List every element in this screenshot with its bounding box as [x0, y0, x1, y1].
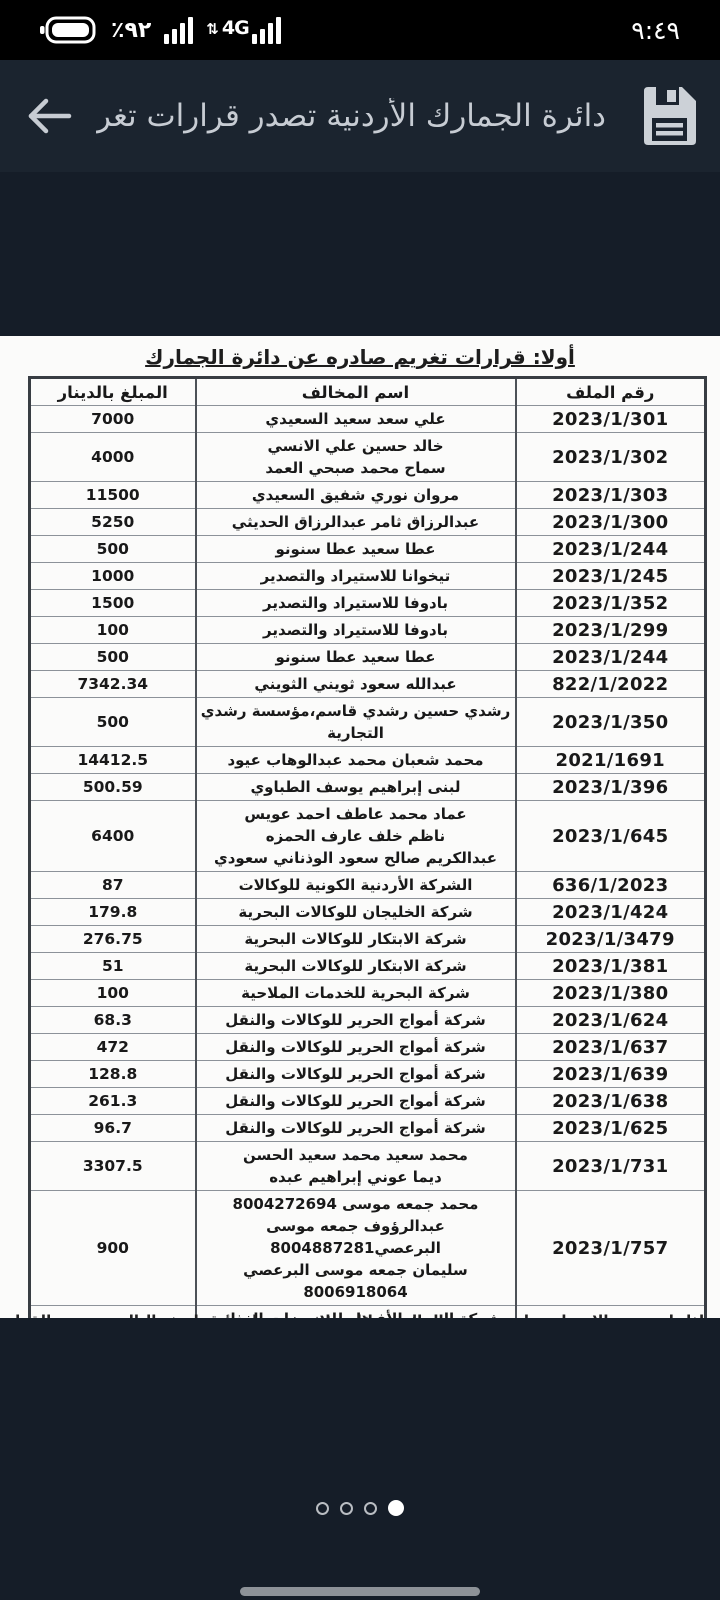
- page-indicator: [0, 1500, 720, 1516]
- table-row: 2021/1691 محمد شعبان محمد عبدالوهاب عيود…: [30, 747, 706, 774]
- violator-name-cell: عطا سعيد عطا سنونو: [196, 644, 516, 671]
- amount-cell: 6400: [30, 801, 196, 872]
- violator-name-cell: عماد محمد عاطف احمد عويسناظم خلف عارف ال…: [196, 801, 516, 872]
- violator-name-line: لبنى إبراهيم يوسف الطباوي: [201, 776, 511, 798]
- floppy-disk-icon: [640, 85, 700, 147]
- signal-bars-icon: [252, 16, 281, 44]
- violator-name-cell: رشدي حسين رشدي قاسم،مؤسسة رشديالتجارية: [196, 698, 516, 747]
- violator-name-line: تيخوانا للاستيراد والتصدير: [201, 565, 511, 587]
- table-row: 2023/1/301 علي سعد سعيد السعيدي 7000: [30, 406, 706, 433]
- violator-name-cell: لبنى إبراهيم يوسف الطباوي: [196, 774, 516, 801]
- violator-name-cell: شركة البحرية للخدمات الملاحية: [196, 980, 516, 1007]
- back-arrow-icon: [22, 95, 74, 137]
- violator-name-cell: شركة أمواج الحرير للوكالات والنقل: [196, 1061, 516, 1088]
- amount-cell: 96.7: [30, 1115, 196, 1142]
- violator-name-line: شركة الخليجان للوكالات البحرية: [201, 901, 511, 923]
- file-number-cell: 2021/1691: [516, 747, 706, 774]
- violator-name-line: رشدي حسين رشدي قاسم،مؤسسة رشدي: [201, 700, 511, 722]
- network-type-label: 4G: [222, 17, 249, 39]
- table-header-row: رقم الملف اسم المخالف المبلغ بالدينار: [30, 378, 706, 406]
- table-row: 2023/1/637 شركة أمواج الحرير للوكالات وا…: [30, 1034, 706, 1061]
- amount-cell: 472: [30, 1034, 196, 1061]
- violator-name-line: سليمان جمعه موسى البرعصي: [201, 1259, 511, 1281]
- file-number-cell: 2023/1/639: [516, 1061, 706, 1088]
- violator-name-line: عبدالرؤوف جمعه موسى: [201, 1215, 511, 1237]
- table-row: 636/1/2023 الشركة الأردنية الكونية للوكا…: [30, 872, 706, 899]
- column-header-name: اسم المخالف: [196, 378, 516, 406]
- violator-name-line: علي سعد سعيد السعيدي: [201, 408, 511, 430]
- table-row: 2023/1/757 محمد جمعه موسى 8004272694عبدا…: [30, 1191, 706, 1306]
- file-number-cell: 2023/1/731: [516, 1142, 706, 1191]
- violator-name-line: عماد محمد عاطف احمد عويس: [201, 803, 511, 825]
- violator-name-cell: محمد جمعه موسى 8004272694عبدالرؤوف جمعه …: [196, 1191, 516, 1306]
- file-number-cell: 2023/1/645: [516, 801, 706, 872]
- violator-name-line: محمد سعيد محمد سعيد الحسن: [201, 1144, 511, 1166]
- page-title: دائرة الجمارك الأردنية تصدر قرارات تغريم…: [96, 98, 620, 134]
- table-row: 2023/1/645 عماد محمد عاطف احمد عويسناظم …: [30, 801, 706, 872]
- violator-name-line: محمد جمعه موسى 8004272694: [201, 1193, 511, 1215]
- table-row: 2023/1/424 شركة الخليجان للوكالات البحري…: [30, 899, 706, 926]
- amount-cell: 3307.5: [30, 1142, 196, 1191]
- table-row: 2023/1/624 شركة أمواج الحرير للوكالات وا…: [30, 1007, 706, 1034]
- table-row: 2023/1/300 عبدالرزاق ثامر عبدالرزاق الحد…: [30, 509, 706, 536]
- battery-icon: [40, 15, 98, 45]
- table-row: 822/1/2022 عبدالله سعود ثويني الثويني 73…: [30, 671, 706, 698]
- violator-name-cell: تيخوانا للاستيراد والتصدير: [196, 563, 516, 590]
- file-number-cell: 2023/1/244: [516, 644, 706, 671]
- signal-bars-icon: [164, 16, 193, 44]
- violator-name-cell: شركة أمواج الحرير للوكالات والنقل: [196, 1007, 516, 1034]
- violator-name-line: مروان نوري شفيق السعيدي: [201, 484, 511, 506]
- table-row: 2023/1/245 تيخوانا للاستيراد والتصدير 10…: [30, 563, 706, 590]
- page-dot-active[interactable]: [388, 1500, 404, 1516]
- document-footer-partial-text: وإذا لم يتم الاعتراض لدى وزير المالية خل…: [4, 1312, 716, 1318]
- file-number-cell: 636/1/2023: [516, 872, 706, 899]
- table-row: 2023/1/625 شركة أمواج الحرير للوكالات وا…: [30, 1115, 706, 1142]
- page-dot[interactable]: [316, 1502, 329, 1515]
- amount-cell: 5250: [30, 509, 196, 536]
- violator-name-cell: عبدالرزاق ثامر عبدالرزاق الحديثي: [196, 509, 516, 536]
- table-row: 2023/1/396 لبنى إبراهيم يوسف الطباوي 500…: [30, 774, 706, 801]
- violator-name-line: شركة الابتكار للوكالات البحرية: [201, 928, 511, 950]
- violator-name-line: البرعصي8004887281: [201, 1237, 511, 1259]
- amount-cell: 179.8: [30, 899, 196, 926]
- amount-cell: 500: [30, 698, 196, 747]
- violator-name-line: ناظم خلف عارف الحمزه: [201, 825, 511, 847]
- violator-name-cell: محمد سعيد محمد سعيد الحسنديما عوني إبراه…: [196, 1142, 516, 1191]
- table-row: 2023/1/350 رشدي حسين رشدي قاسم،مؤسسة رشد…: [30, 698, 706, 747]
- violator-name-line: عبدالله سعود ثويني الثويني: [201, 673, 511, 695]
- network-indicator: ⇅ 4G: [206, 16, 280, 44]
- status-left-cluster: ٪٩٢ ⇅ 4G: [40, 15, 281, 45]
- amount-cell: 14412.5: [30, 747, 196, 774]
- table-row: 2023/1/244 عطا سعيد عطا سنونو 500: [30, 536, 706, 563]
- file-number-cell: 2023/1/424: [516, 899, 706, 926]
- violator-name-cell: عطا سعيد عطا سنونو: [196, 536, 516, 563]
- amount-cell: 4000: [30, 433, 196, 482]
- amount-cell: 51: [30, 953, 196, 980]
- amount-cell: 500: [30, 536, 196, 563]
- table-row: 2023/1/299 بادوفا للاستيراد والتصدير 100: [30, 617, 706, 644]
- violator-name-line: عبدالرزاق ثامر عبدالرزاق الحديثي: [201, 511, 511, 533]
- amount-cell: 276.75: [30, 926, 196, 953]
- file-number-cell: 2023/1/302: [516, 433, 706, 482]
- file-number-cell: 2023/1/299: [516, 617, 706, 644]
- table-row: 2023/1/303 مروان نوري شفيق السعيدي 11500: [30, 482, 706, 509]
- violator-name-line: عطا سعيد عطا سنونو: [201, 538, 511, 560]
- clock: ٩:٤٩: [631, 16, 680, 45]
- violator-name-line: محمد شعبان محمد عبدالوهاب عيود: [201, 749, 511, 771]
- file-number-cell: 2023/1/625: [516, 1115, 706, 1142]
- home-indicator-bar[interactable]: [240, 1587, 480, 1596]
- table-row: 2023/1/302 خالد حسين علي الانسيسماح محمد…: [30, 433, 706, 482]
- table-row: 2023/1/639 شركة أمواج الحرير للوكالات وا…: [30, 1061, 706, 1088]
- file-number-cell: 2023/1/352: [516, 590, 706, 617]
- amount-cell: 1500: [30, 590, 196, 617]
- amount-cell: 87: [30, 872, 196, 899]
- file-number-cell: 2023/1/638: [516, 1088, 706, 1115]
- table-row: 2023/1/381 شركة الابتكار للوكالات البحري…: [30, 953, 706, 980]
- updown-arrows-icon: ⇅: [206, 22, 219, 37]
- violator-name-line: شركة أمواج الحرير للوكالات والنقل: [201, 1036, 511, 1058]
- violator-name-cell: شركة الخليجان للوكالات البحرية: [196, 899, 516, 926]
- save-button[interactable]: [620, 85, 720, 147]
- table-row: 2023/1/380 شركة البحرية للخدمات الملاحية…: [30, 980, 706, 1007]
- violator-name-line: شركة أمواج الحرير للوكالات والنقل: [201, 1090, 511, 1112]
- amount-cell: 7000: [30, 406, 196, 433]
- violator-name-cell: علي سعد سعيد السعيدي: [196, 406, 516, 433]
- violator-name-line: شركة الابتكار للوكالات البحرية: [201, 955, 511, 977]
- violator-name-cell: بادوفا للاستيراد والتصدير: [196, 590, 516, 617]
- violator-name-line: عبدالكريم صالح سعود الوذناني سعودي: [201, 847, 511, 869]
- app-header: دائرة الجمارك الأردنية تصدر قرارات تغريم…: [0, 60, 720, 172]
- file-number-cell: 2023/1/757: [516, 1191, 706, 1306]
- file-number-cell: 2023/1/3479: [516, 926, 706, 953]
- amount-cell: 7342.34: [30, 671, 196, 698]
- file-number-cell: 2023/1/637: [516, 1034, 706, 1061]
- document-title: أولا: قرارات تغريم صادره عن دائرة الجمار…: [0, 345, 720, 369]
- violator-name-line: التجارية: [201, 722, 511, 744]
- file-number-cell: 2023/1/303: [516, 482, 706, 509]
- violator-name-line: 8006918064: [201, 1281, 511, 1303]
- table-row: 2023/1/731 محمد سعيد محمد سعيد الحسنديما…: [30, 1142, 706, 1191]
- table-row: 2023/1/352 بادوفا للاستيراد والتصدير 150…: [30, 590, 706, 617]
- table-row: 2023/1/3479 شركة الابتكار للوكالات البحر…: [30, 926, 706, 953]
- file-number-cell: 2023/1/244: [516, 536, 706, 563]
- amount-cell: 68.3: [30, 1007, 196, 1034]
- page-dot[interactable]: [364, 1502, 377, 1515]
- violator-name-cell: شركة أمواج الحرير للوكالات والنقل: [196, 1034, 516, 1061]
- violator-name-line: بادوفا للاستيراد والتصدير: [201, 619, 511, 641]
- column-header-file: رقم الملف: [516, 378, 706, 406]
- amount-cell: 1000: [30, 563, 196, 590]
- phone-screen: ٪٩٢ ⇅ 4G: [0, 0, 720, 1600]
- file-number-cell: 2023/1/300: [516, 509, 706, 536]
- amount-cell: 100: [30, 980, 196, 1007]
- violator-name-cell: شركة أمواج الحرير للوكالات والنقل: [196, 1088, 516, 1115]
- table-row: 2023/1/244 عطا سعيد عطا سنونو 500: [30, 644, 706, 671]
- violator-name-line: شركة أمواج الحرير للوكالات والنقل: [201, 1063, 511, 1085]
- amount-cell: 100: [30, 617, 196, 644]
- violator-name-cell: شركة أمواج الحرير للوكالات والنقل: [196, 1115, 516, 1142]
- file-number-cell: 2023/1/380: [516, 980, 706, 1007]
- violator-name-cell: خالد حسين علي الانسيسماح محمد صبحي العمد: [196, 433, 516, 482]
- violator-name-cell: محمد شعبان محمد عبدالوهاب عيود: [196, 747, 516, 774]
- violator-name-line: سماح محمد صبحي العمد: [201, 457, 511, 479]
- battery-percent: ٪٩٢: [111, 18, 151, 43]
- fines-table: رقم الملف اسم المخالف المبلغ بالدينار 20…: [28, 376, 707, 1318]
- violator-name-cell: شركة الابتكار للوكالات البحرية: [196, 926, 516, 953]
- amount-cell: 128.8: [30, 1061, 196, 1088]
- violator-name-cell: مروان نوري شفيق السعيدي: [196, 482, 516, 509]
- file-number-cell: 2023/1/624: [516, 1007, 706, 1034]
- violator-name-cell: شركة الابتكار للوكالات البحرية: [196, 953, 516, 980]
- page-dot[interactable]: [340, 1502, 353, 1515]
- amount-cell: 900: [30, 1191, 196, 1306]
- file-number-cell: 822/1/2022: [516, 671, 706, 698]
- amount-cell: 261.3: [30, 1088, 196, 1115]
- file-number-cell: 2023/1/301: [516, 406, 706, 433]
- file-number-cell: 2023/1/245: [516, 563, 706, 590]
- file-number-cell: 2023/1/396: [516, 774, 706, 801]
- document-page[interactable]: أولا: قرارات تغريم صادره عن دائرة الجمار…: [0, 336, 720, 1318]
- violator-name-line: ديما عوني إبراهيم عبده: [201, 1166, 511, 1188]
- violator-name-line: شركة أمواج الحرير للوكالات والنقل: [201, 1009, 511, 1031]
- violator-name-line: الشركة الأردنية الكونية للوكالات: [201, 874, 511, 896]
- column-header-amount: المبلغ بالدينار: [30, 378, 196, 406]
- amount-cell: 500: [30, 644, 196, 671]
- violator-name-line: عطا سعيد عطا سنونو: [201, 646, 511, 668]
- amount-cell: 500.59: [30, 774, 196, 801]
- file-number-cell: 2023/1/381: [516, 953, 706, 980]
- violator-name-cell: الشركة الأردنية الكونية للوكالات: [196, 872, 516, 899]
- fines-table-body: 2023/1/301 علي سعد سعيد السعيدي 7000 202…: [30, 406, 706, 1319]
- file-number-cell: 2023/1/350: [516, 698, 706, 747]
- table-row: 2023/1/638 شركة أمواج الحرير للوكالات وا…: [30, 1088, 706, 1115]
- violator-name-line: خالد حسين علي الانسي: [201, 435, 511, 457]
- violator-name-line: شركة البحرية للخدمات الملاحية: [201, 982, 511, 1004]
- violator-name-line: شركة أمواج الحرير للوكالات والنقل: [201, 1117, 511, 1139]
- violator-name-cell: بادوفا للاستيراد والتصدير: [196, 617, 516, 644]
- amount-cell: 11500: [30, 482, 196, 509]
- back-button[interactable]: [0, 95, 96, 137]
- violator-name-cell: عبدالله سعود ثويني الثويني: [196, 671, 516, 698]
- status-bar: ٪٩٢ ⇅ 4G: [0, 0, 720, 60]
- violator-name-line: بادوفا للاستيراد والتصدير: [201, 592, 511, 614]
